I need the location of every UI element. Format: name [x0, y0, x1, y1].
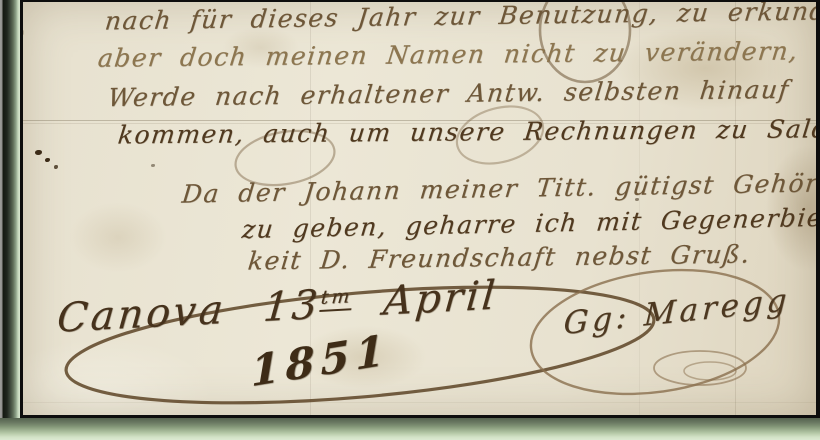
handwriting-line: nach für dieses Jahr zur Benutzung, zu e…: [104, 0, 820, 35]
margin-note: Altona mit.: [20, 5, 27, 185]
signature-flourish-inner: [684, 362, 736, 380]
green-mat-left: [0, 0, 20, 440]
ink-speck: [151, 164, 155, 167]
handwriting-line: Werde nach erhaltener Antw. selbsten hin…: [107, 76, 791, 112]
ink-blot: [54, 165, 58, 169]
handwriting-line: aber doch meinen Namen nicht zu veränder…: [96, 37, 800, 72]
dateline-month: April: [382, 272, 500, 324]
handwriting-line: keit D. Freundschaft nebst Gruß.: [247, 240, 753, 275]
dateline: Canova 13tm April: [55, 272, 505, 342]
ink-blot: [45, 158, 50, 162]
signature-flourish-inner: [654, 351, 746, 385]
dateline-day: 13: [261, 282, 322, 331]
green-mat-bottom: [0, 418, 820, 440]
handwriting-line: Da der Johann meiner Titt. gütigst Gehör: [181, 169, 820, 208]
dateline-day-suffix: tm: [320, 285, 354, 312]
signature: Gg: Maregg: [563, 282, 792, 342]
year-figure: 1851: [250, 325, 390, 397]
dateline-place: Canova: [55, 287, 228, 342]
handwriting-line: kommen, auch um unsere Rechnungen zu Sal…: [116, 115, 820, 149]
letter-paper: Altona mit. nach für dieses Jahr zur Ben…: [20, 0, 820, 418]
horizontal-fold-crease: [23, 402, 816, 403]
screenshot-root: { "colors": { "frame_border": "#0d0d0d",…: [0, 0, 820, 440]
ink-blot: [35, 150, 42, 155]
handwriting-line: zu geben, geharre ich mit Gegenerbietlic…: [241, 202, 820, 244]
